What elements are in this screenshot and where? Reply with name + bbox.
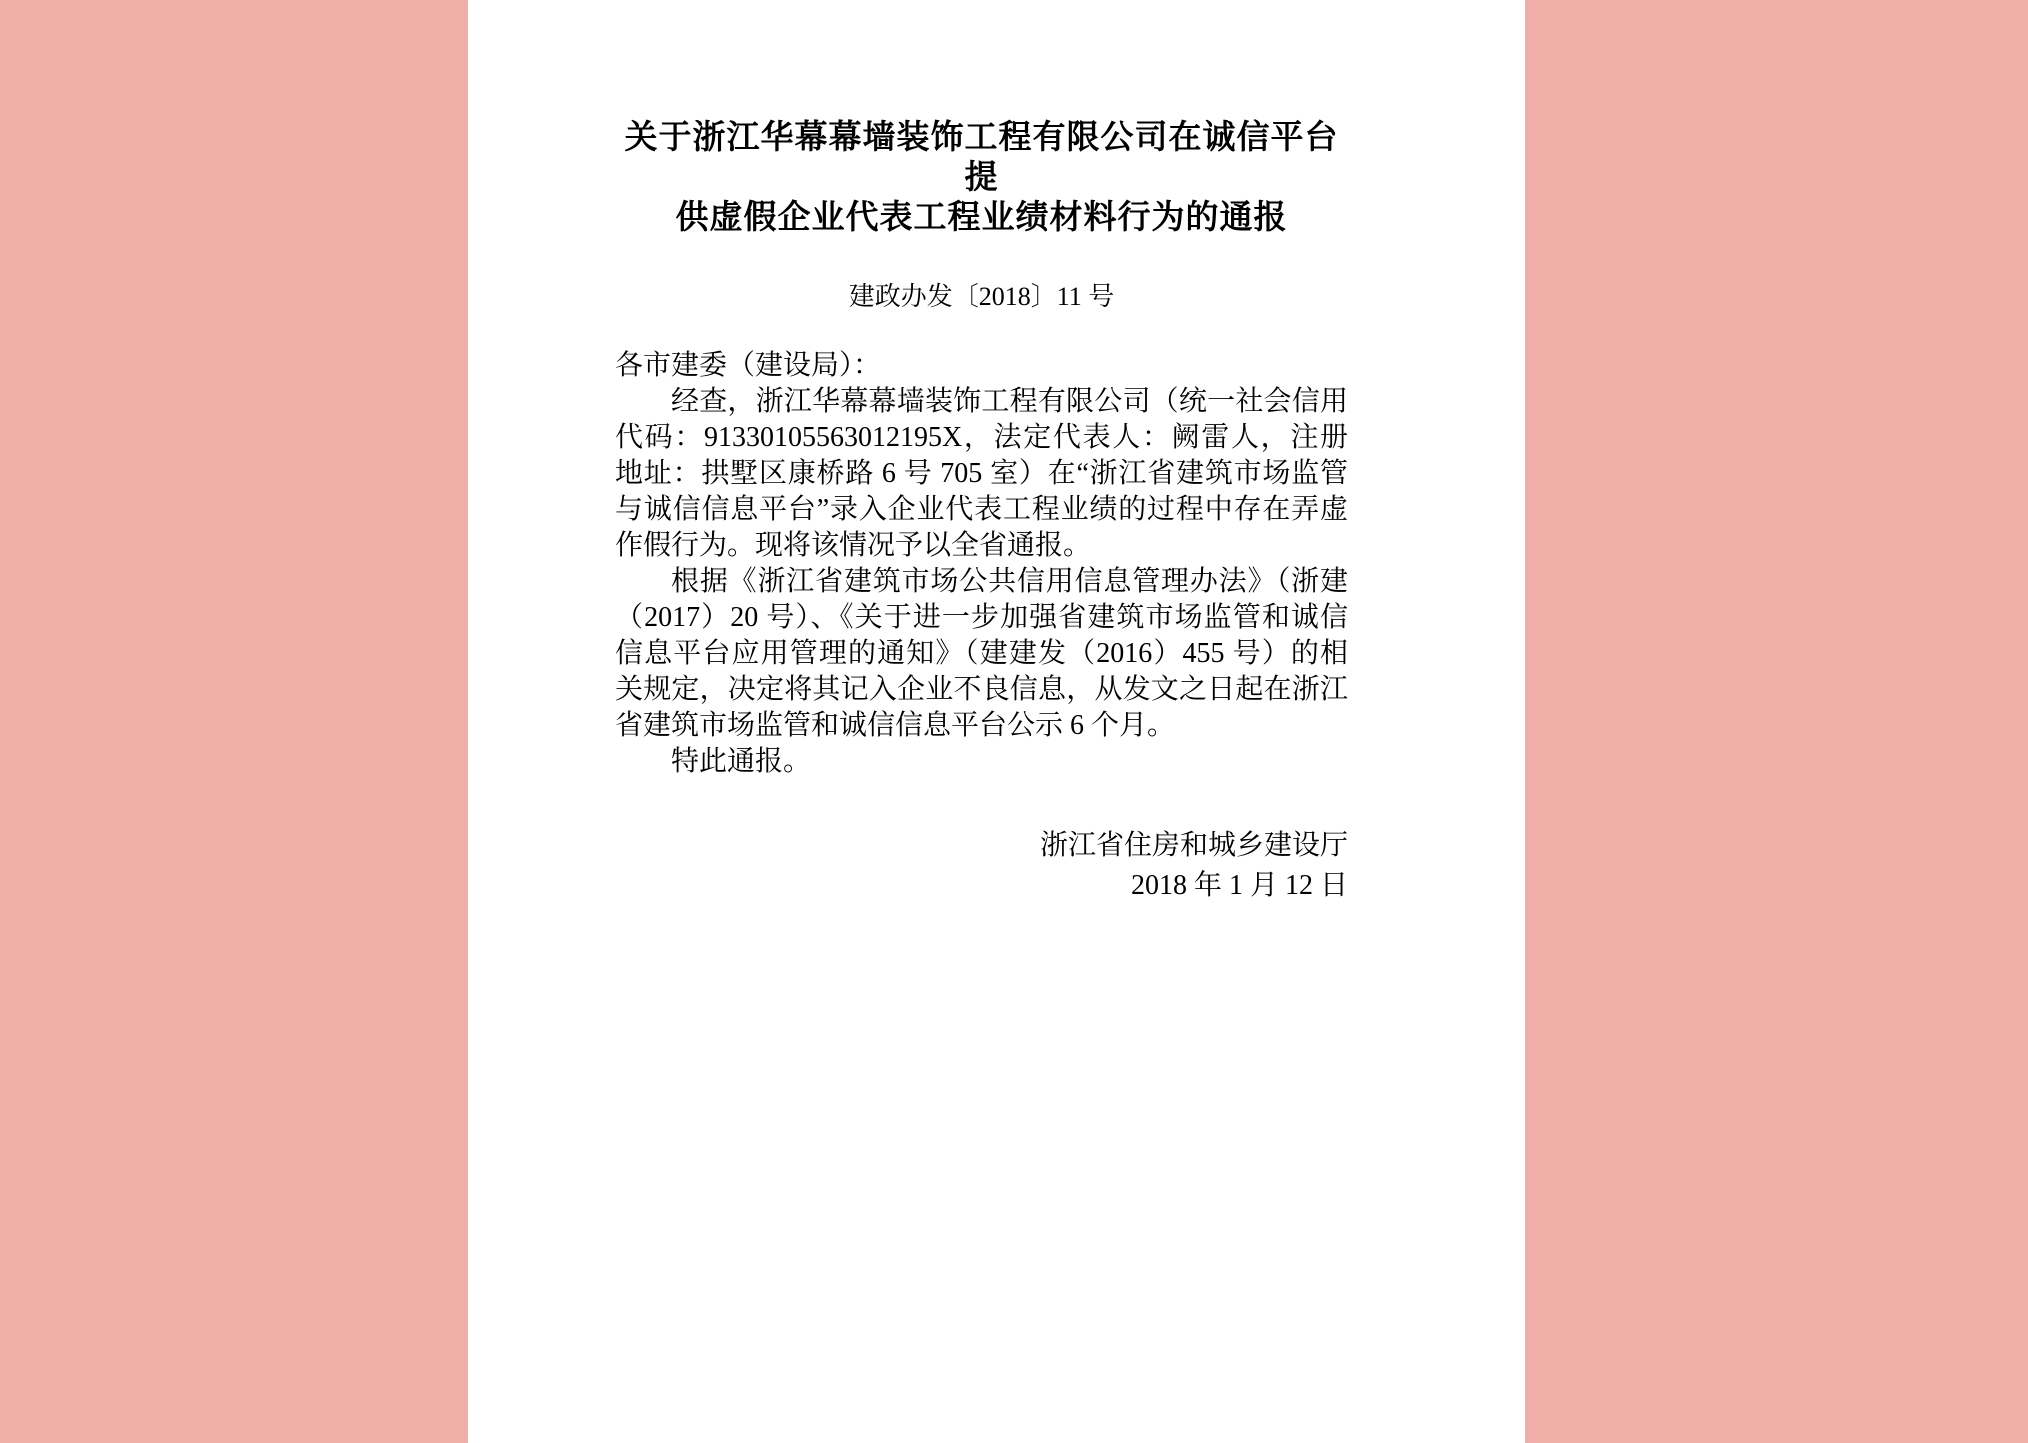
- body-paragraph-1: 经查，浙江华幕幕墙装饰工程有限公司（统一社会信用代码：9133010556301…: [615, 384, 1348, 564]
- document-number: 建政办发〔2018〕11 号: [615, 282, 1348, 312]
- signature-block: 浙江省住房和城乡建设厅 2018 年 1 月 12 日: [615, 826, 1348, 906]
- salutation: 各市建委（建设局）：: [615, 348, 1348, 384]
- document-body: 各市建委（建设局）： 经查，浙江华幕幕墙装饰工程有限公司（统一社会信用代码：91…: [615, 348, 1348, 780]
- left-margin-band: [0, 0, 468, 1443]
- closing-line: 特此通报。: [615, 744, 1348, 780]
- document-title: 关于浙江华幕幕墙装饰工程有限公司在诚信平台提 供虚假企业代表工程业绩材料行为的通…: [615, 118, 1348, 238]
- right-margin-band: [1525, 0, 2028, 1443]
- issuing-authority: 浙江省住房和城乡建设厅: [615, 826, 1348, 866]
- document-title-line1: 关于浙江华幕幕墙装饰工程有限公司在诚信平台提: [625, 120, 1339, 196]
- document-page: 关于浙江华幕幕墙装饰工程有限公司在诚信平台提 供虚假企业代表工程业绩材料行为的通…: [468, 0, 1525, 1443]
- body-paragraph-2: 根据《浙江省建筑市场公共信用信息管理办法》（浙建（2017）20 号）、《关于进…: [615, 564, 1348, 744]
- document-title-line2: 供虚假企业代表工程业绩材料行为的通报: [676, 200, 1288, 236]
- document-canvas: 关于浙江华幕幕墙装饰工程有限公司在诚信平台提 供虚假企业代表工程业绩材料行为的通…: [0, 0, 2028, 1443]
- issue-date: 2018 年 1 月 12 日: [615, 866, 1348, 906]
